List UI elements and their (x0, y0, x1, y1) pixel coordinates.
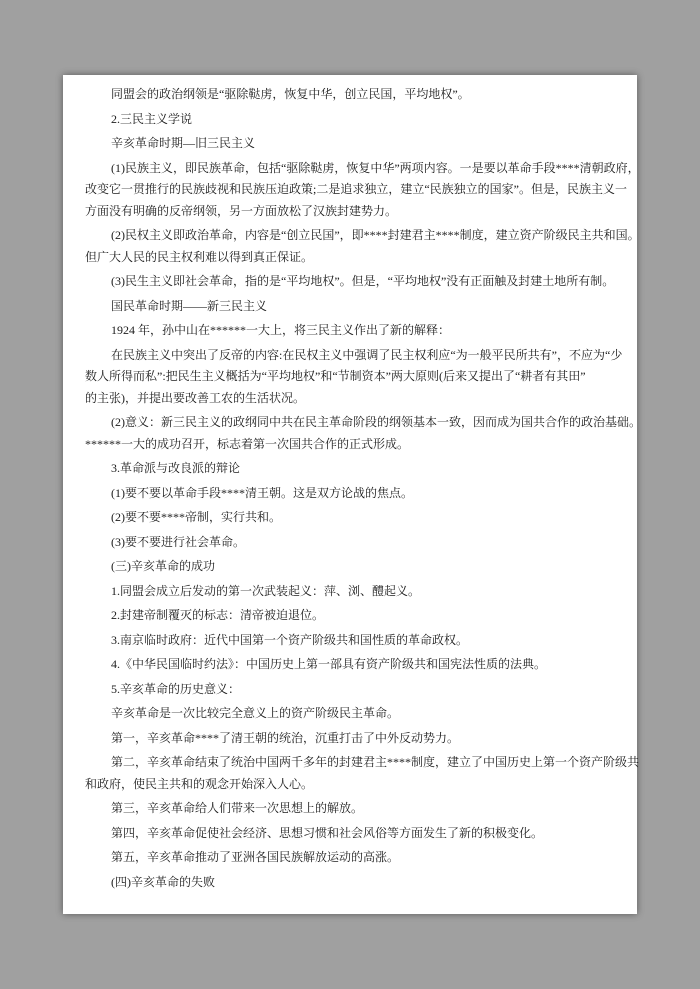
paragraph: (1)民族主义，即民族革命，包括“驱除鞑虏，恢复中华”两项内容。一是要以革命手段… (85, 158, 612, 223)
text-line: 辛亥革命是一次比较完全意义上的资产阶级民主革命。 (85, 703, 612, 725)
paragraph: (四)辛亥革命的失败 (85, 872, 612, 894)
paragraph: (2)要不要****帝制，实行共和。 (85, 507, 612, 529)
text-line: (三)辛亥革命的成功 (85, 556, 612, 578)
paragraph: 第五，辛亥革命推动了亚洲各国民族解放运动的高涨。 (85, 847, 612, 869)
text-line: 2.三民主义学说 (85, 109, 612, 131)
text-line: (2)要不要****帝制，实行共和。 (85, 507, 612, 529)
paragraph: 2.封建帝制覆灭的标志：清帝被迫退位。 (85, 605, 612, 627)
text-line: 4.《中华民国临时约法》：中国历史上第一部具有资产阶级共和国宪法性质的法典。 (85, 654, 612, 676)
text-line: (2)意义：新三民主义的政纲同中共在民主革命阶段的纲领基本一致，因而成为国共合作… (85, 412, 612, 434)
paragraph: 1.同盟会成立后发动的第一次武装起义：萍、浏、醴起义。 (85, 581, 612, 603)
text-line: 第二，辛亥革命结束了统治中国两千多年的封建君主****制度，建立了中国历史上第一… (85, 752, 612, 774)
paragraph: 在民族主义中突出了反帝的内容:在民权主义中强调了民主权利应“为一般平民所共有”，… (85, 345, 612, 410)
paragraph: 3.南京临时政府：近代中国第一个资产阶级共和国性质的革命政权。 (85, 630, 612, 652)
text-line: (1)民族主义，即民族革命，包括“驱除鞑虏，恢复中华”两项内容。一是要以革命手段… (85, 158, 612, 180)
text-line: ******一大的成功召开，标志着第一次国共合作的正式形成。 (85, 434, 612, 456)
paragraph: 辛亥革命是一次比较完全意义上的资产阶级民主革命。 (85, 703, 612, 725)
paragraph: (3)民生主义即社会革命，指的是“平均地权”。但是，“平均地权”没有正面触及封建… (85, 271, 612, 293)
paragraph: 国民革命时期——新三民主义 (85, 296, 612, 318)
paragraph: 第二，辛亥革命结束了统治中国两千多年的封建君主****制度，建立了中国历史上第一… (85, 752, 612, 795)
text-line: 同盟会的政治纲领是“驱除鞑虏，恢复中华，创立民国，平均地权”。 (85, 84, 612, 106)
text-line: 的主张)，并提出要改善工农的生活状况。 (85, 388, 612, 410)
paragraph: 同盟会的政治纲领是“驱除鞑虏，恢复中华，创立民国，平均地权”。 (85, 84, 612, 106)
text-line: 1.同盟会成立后发动的第一次武装起义：萍、浏、醴起义。 (85, 581, 612, 603)
paragraph: (2)意义：新三民主义的政纲同中共在民主革命阶段的纲领基本一致，因而成为国共合作… (85, 412, 612, 455)
text-line: 3.革命派与改良派的辩论 (85, 458, 612, 480)
text-line: 第四，辛亥革命促使社会经济、思想习惯和社会风俗等方面发生了新的积极变化。 (85, 823, 612, 845)
text-line: (3)民生主义即社会革命，指的是“平均地权”。但是，“平均地权”没有正面触及封建… (85, 271, 612, 293)
text-line: 3.南京临时政府：近代中国第一个资产阶级共和国性质的革命政权。 (85, 630, 612, 652)
paragraph: 4.《中华民国临时约法》：中国历史上第一部具有资产阶级共和国宪法性质的法典。 (85, 654, 612, 676)
text-line: 辛亥革命时期—旧三民主义 (85, 133, 612, 155)
paragraph: 5.辛亥革命的历史意义： (85, 679, 612, 701)
text-line: (2)民权主义即政治革命，内容是“创立民国”，即****封建君主****制度，建… (85, 225, 612, 247)
text-line: 5.辛亥革命的历史意义： (85, 679, 612, 701)
text-line: 第三，辛亥革命给人们带来一次思想上的解放。 (85, 798, 612, 820)
paragraph: (3)要不要进行社会革命。 (85, 532, 612, 554)
paragraph: 辛亥革命时期—旧三民主义 (85, 133, 612, 155)
text-line: (1)要不要以革命手段****清王朝。这是双方论战的焦点。 (85, 483, 612, 505)
text-line: 数人所得而私”:把民生主义概括为“平均地权”和“节制资本”两大原则(后来又提出了… (85, 366, 612, 388)
text-line: 但广大人民的民主权利难以得到真正保证。 (85, 247, 612, 269)
paragraph: 3.革命派与改良派的辩论 (85, 458, 612, 480)
text-line: 第一，辛亥革命****了清王朝的统治，沉重打击了中外反动势力。 (85, 728, 612, 750)
text-line: 1924 年，孙中山在******一大上，将三民主义作出了新的解释： (85, 320, 612, 342)
text-line: 在民族主义中突出了反帝的内容:在民权主义中强调了民主权利应“为一般平民所共有”，… (85, 345, 612, 367)
document-page: 同盟会的政治纲领是“驱除鞑虏，恢复中华，创立民国，平均地权”。 2.三民主义学说… (63, 75, 637, 914)
text-line: 方面没有明确的反帝纲领，另一方面放松了汉族封建势力。 (85, 201, 612, 223)
paragraph: (1)要不要以革命手段****清王朝。这是双方论战的焦点。 (85, 483, 612, 505)
text-line: 第五，辛亥革命推动了亚洲各国民族解放运动的高涨。 (85, 847, 612, 869)
paragraph: 第三，辛亥革命给人们带来一次思想上的解放。 (85, 798, 612, 820)
paragraph: 2.三民主义学说 (85, 109, 612, 131)
text-line: (3)要不要进行社会革命。 (85, 532, 612, 554)
document-canvas: 同盟会的政治纲领是“驱除鞑虏，恢复中华，创立民国，平均地权”。 2.三民主义学说… (0, 0, 700, 989)
paragraph: (三)辛亥革命的成功 (85, 556, 612, 578)
paragraph: 第一，辛亥革命****了清王朝的统治，沉重打击了中外反动势力。 (85, 728, 612, 750)
text-line: (四)辛亥革命的失败 (85, 872, 612, 894)
document-text-block: 同盟会的政治纲领是“驱除鞑虏，恢复中华，创立民国，平均地权”。 2.三民主义学说… (63, 75, 637, 893)
paragraph: 第四，辛亥革命促使社会经济、思想习惯和社会风俗等方面发生了新的积极变化。 (85, 823, 612, 845)
text-line: 2.封建帝制覆灭的标志：清帝被迫退位。 (85, 605, 612, 627)
text-line: 改变它一贯推行的民族歧视和民族压迫政策;二是追求独立，建立“民族独立的国家”。但… (85, 179, 612, 201)
paragraph: 1924 年，孙中山在******一大上，将三民主义作出了新的解释： (85, 320, 612, 342)
text-line: 和政府，使民主共和的观念开始深入人心。 (85, 774, 612, 796)
paragraph: (2)民权主义即政治革命，内容是“创立民国”，即****封建君主****制度，建… (85, 225, 612, 268)
text-line: 国民革命时期——新三民主义 (85, 296, 612, 318)
